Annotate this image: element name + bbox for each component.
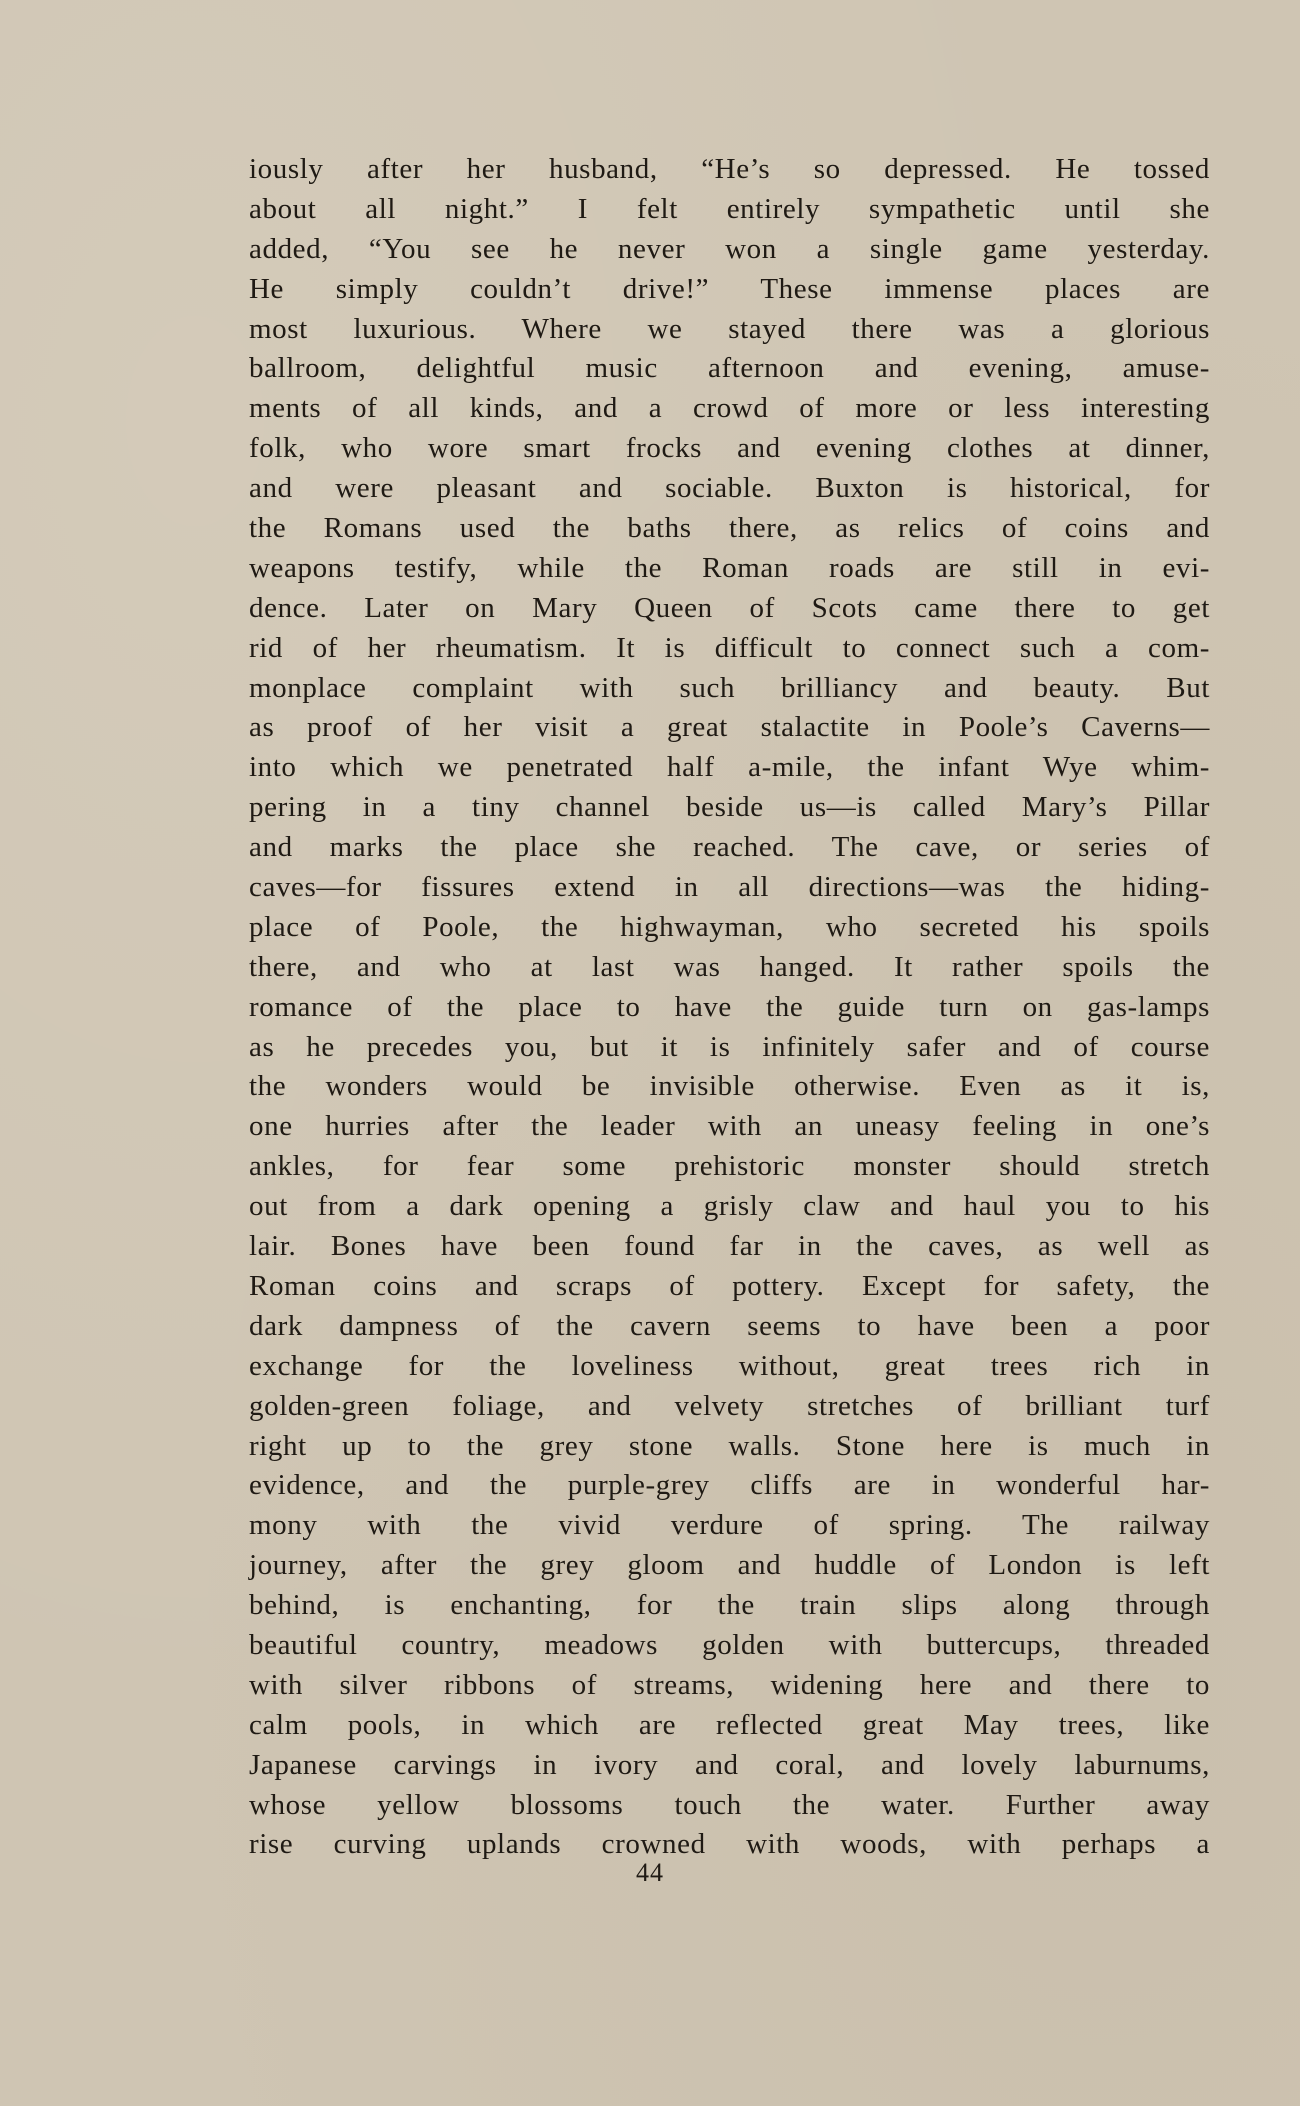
text-line: romance of the place to have the guide t… <box>249 988 1210 1028</box>
text-line: journey, after the grey gloom and huddle… <box>249 1546 1210 1586</box>
text-line: mony with the vivid verdure of spring. T… <box>249 1506 1210 1546</box>
text-line: ballroom, delightful music afternoon and… <box>249 349 1210 389</box>
text-line: the Romans used the baths there, as reli… <box>249 509 1210 549</box>
text-line: iously after her husband, “He’s so depre… <box>249 150 1210 190</box>
text-line: dark dampness of the cavern seems to hav… <box>249 1307 1210 1347</box>
text-line: and marks the place she reached. The cav… <box>249 828 1210 868</box>
text-line: caves—for fissures extend in all directi… <box>249 868 1210 908</box>
text-line: one hurries after the leader with an une… <box>249 1107 1210 1147</box>
text-line: monplace complaint with such brilliancy … <box>249 669 1210 709</box>
text-line: place of Poole, the highwayman, who secr… <box>249 908 1210 948</box>
text-line: whose yellow blossoms touch the water. F… <box>249 1786 1210 1826</box>
text-line: ments of all kinds, and a crowd of more … <box>249 389 1210 429</box>
text-line: about all night.” I felt entirely sympat… <box>249 190 1210 230</box>
text-line: added, “You see he never won a single ga… <box>249 230 1210 270</box>
text-line: Japanese carvings in ivory and coral, an… <box>249 1746 1210 1786</box>
text-line: most luxurious. Where we stayed there wa… <box>249 310 1210 350</box>
text-line: the wonders would be invisible otherwise… <box>249 1067 1210 1107</box>
text-line: weapons testify, while the Roman roads a… <box>249 549 1210 589</box>
text-line: as he precedes you, but it is infinitely… <box>249 1028 1210 1068</box>
text-line: folk, who wore smart frocks and evening … <box>249 429 1210 469</box>
text-line: ankles, for fear some prehistoric monste… <box>249 1147 1210 1187</box>
text-line: rid of her rheumatism. It is difficult t… <box>249 629 1210 669</box>
body-text: iously after her husband, “He’s so depre… <box>249 150 1210 1865</box>
text-line: golden-green foliage, and velvety stretc… <box>249 1387 1210 1427</box>
book-page: iously after her husband, “He’s so depre… <box>0 0 1300 2106</box>
text-line: lair. Bones have been found far in the c… <box>249 1227 1210 1267</box>
text-line: into which we penetrated half a-mile, th… <box>249 748 1210 788</box>
text-line: dence. Later on Mary Queen of Scots came… <box>249 589 1210 629</box>
text-line: evidence, and the purple-grey cliffs are… <box>249 1466 1210 1506</box>
text-line: there, and who at last was hanged. It ra… <box>249 948 1210 988</box>
text-line: with silver ribbons of streams, widening… <box>249 1666 1210 1706</box>
text-line: beautiful country, meadows golden with b… <box>249 1626 1210 1666</box>
text-line: out from a dark opening a grisly claw an… <box>249 1187 1210 1227</box>
text-line: calm pools, in which are reflected great… <box>249 1706 1210 1746</box>
text-line: right up to the grey stone walls. Stone … <box>249 1427 1210 1467</box>
text-line: and were pleasant and sociable. Buxton i… <box>249 469 1210 509</box>
text-line: exchange for the loveliness without, gre… <box>249 1347 1210 1387</box>
text-line: as proof of her visit a great stalactite… <box>249 708 1210 748</box>
text-line: Roman coins and scraps of pottery. Excep… <box>249 1267 1210 1307</box>
text-line: He simply couldn’t drive!” These immense… <box>249 270 1210 310</box>
page-number: 44 <box>0 1858 1300 1888</box>
text-line: behind, is enchanting, for the train sli… <box>249 1586 1210 1626</box>
text-line: pering in a tiny channel beside us—is ca… <box>249 788 1210 828</box>
